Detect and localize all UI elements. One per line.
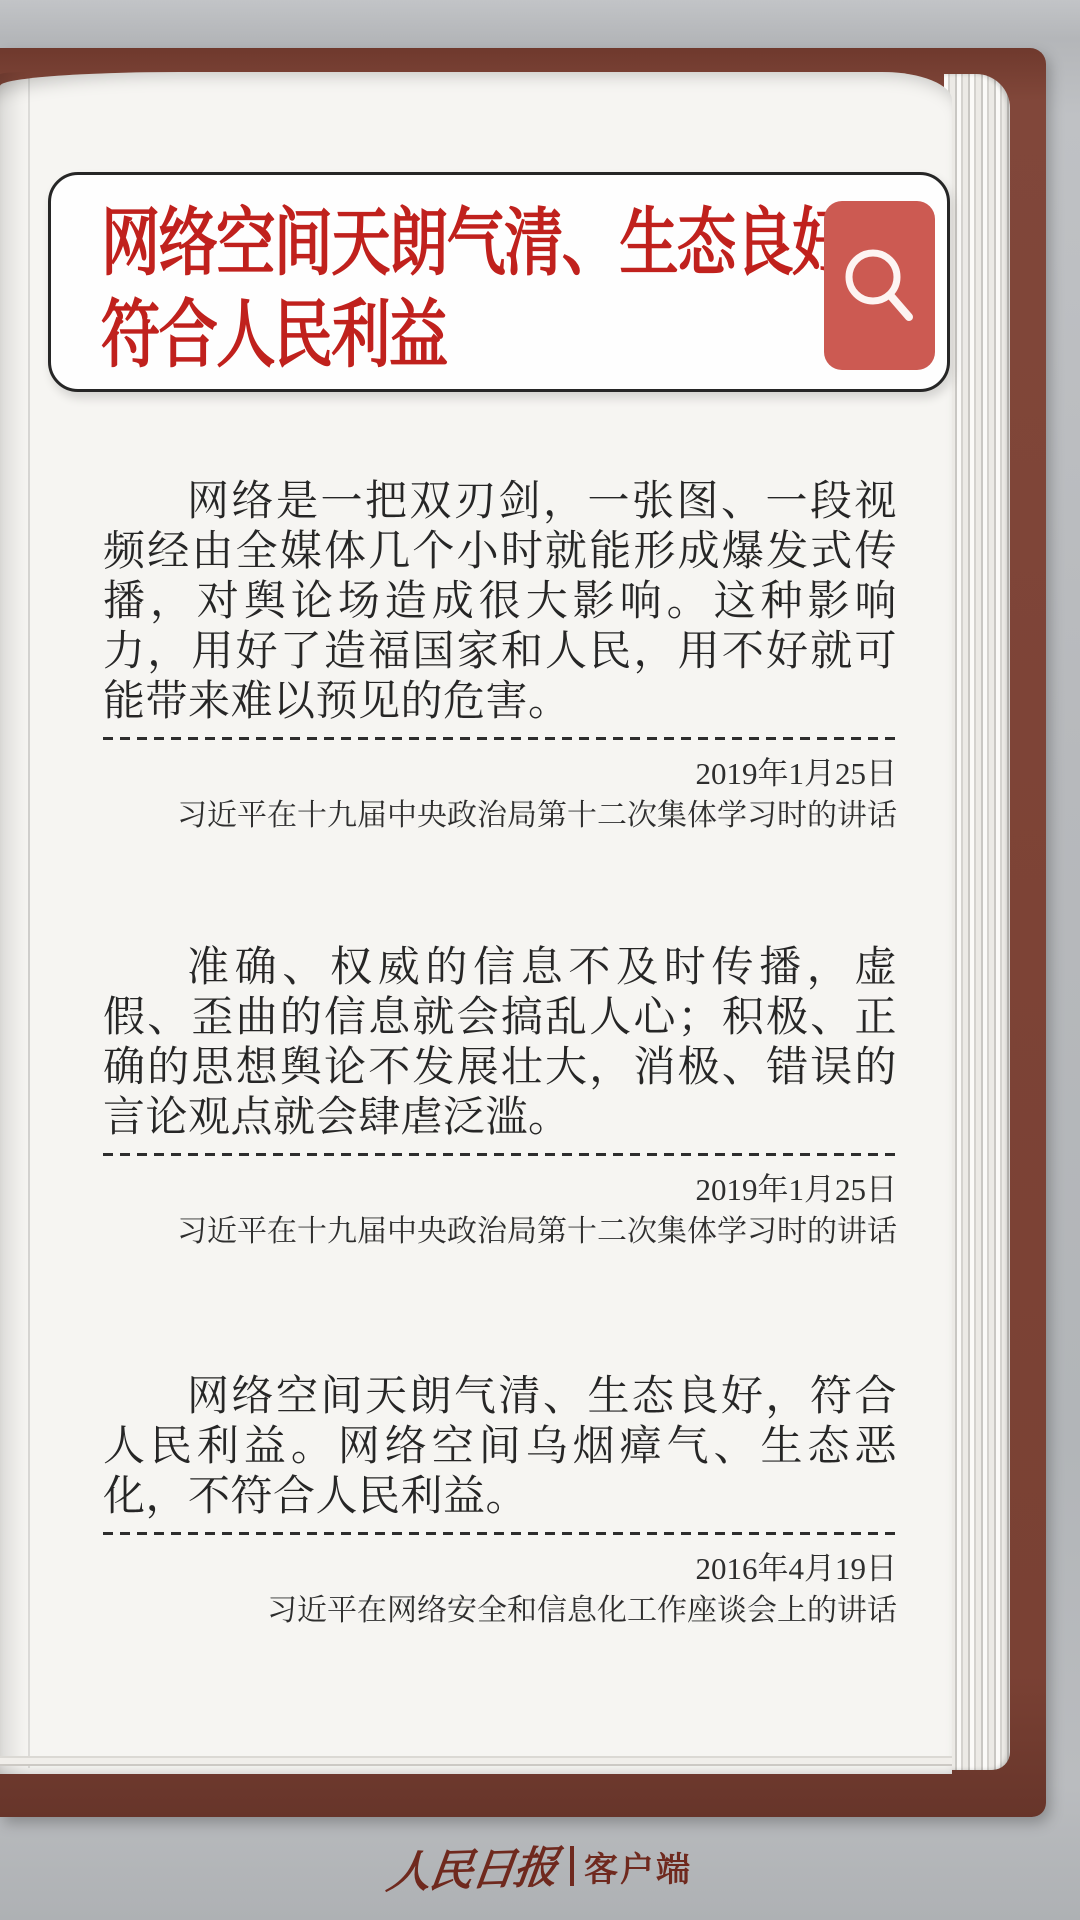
quote-date: 2016年4月19日 <box>103 1551 897 1587</box>
search-button[interactable] <box>824 201 935 370</box>
dashed-divider <box>103 1153 897 1156</box>
quote-date: 2019年1月25日 <box>103 1172 897 1208</box>
quote-source: 习近平在十九届中央政治局第十二次集体学习时的讲话 <box>103 1214 897 1250</box>
page-bottom-edge <box>0 1756 952 1766</box>
quote-block: 网络空间天朗气清、生态良好，符合人民利益。网络空间乌烟瘴气、生态恶化，不符合人民… <box>103 1372 897 1629</box>
book-page: 网络空间天朗气清、生态良好 符合人民利益 网络是一把双刃剑，一张图、一段视频经由… <box>0 72 952 1774</box>
dashed-divider <box>103 1532 897 1535</box>
brand-divider-bar <box>570 1846 574 1886</box>
poster-root: 网络空间天朗气清、生态良好 符合人民利益 网络是一把双刃剑，一张图、一段视频经由… <box>0 0 1080 1920</box>
quote-source: 习近平在网络安全和信息化工作座谈会上的讲话 <box>103 1593 897 1629</box>
page-title-line2: 符合人民利益 <box>101 289 850 381</box>
page-title: 网络空间天朗气清、生态良好 符合人民利益 <box>101 197 850 381</box>
quote-text: 网络空间天朗气清、生态良好，符合人民利益。网络空间乌烟瘴气、生态恶化，不符合人民… <box>103 1372 897 1522</box>
quote-block: 准确、权威的信息不及时传播，虚假、歪曲的信息就会搞乱人心；积极、正确的思想舆论不… <box>103 943 897 1250</box>
title-box: 网络空间天朗气清、生态良好 符合人民利益 <box>48 172 950 392</box>
brand-script-peoples-daily: 人民日报 <box>384 1831 561 1901</box>
brand-suffix-client: 客户端 <box>584 1842 692 1891</box>
brand-logo: 人民日报 客户端 <box>0 1836 1080 1896</box>
spine-line <box>28 78 30 1768</box>
quote-source: 习近平在十九届中央政治局第十二次集体学习时的讲话 <box>103 798 897 834</box>
page-edge-stack <box>944 74 1010 1770</box>
page-title-line1: 网络空间天朗气清、生态良好 <box>101 197 850 289</box>
spine-shade <box>0 72 30 1774</box>
search-icon <box>837 243 923 329</box>
quote-text: 准确、权威的信息不及时传播，虚假、歪曲的信息就会搞乱人心；积极、正确的思想舆论不… <box>103 943 897 1143</box>
dashed-divider <box>103 737 897 740</box>
quote-date: 2019年1月25日 <box>103 756 897 792</box>
quote-block: 网络是一把双刃剑，一张图、一段视频经由全媒体几个小时就能形成爆发式传播，对舆论场… <box>103 477 897 834</box>
quote-text: 网络是一把双刃剑，一张图、一段视频经由全媒体几个小时就能形成爆发式传播，对舆论场… <box>103 477 897 727</box>
